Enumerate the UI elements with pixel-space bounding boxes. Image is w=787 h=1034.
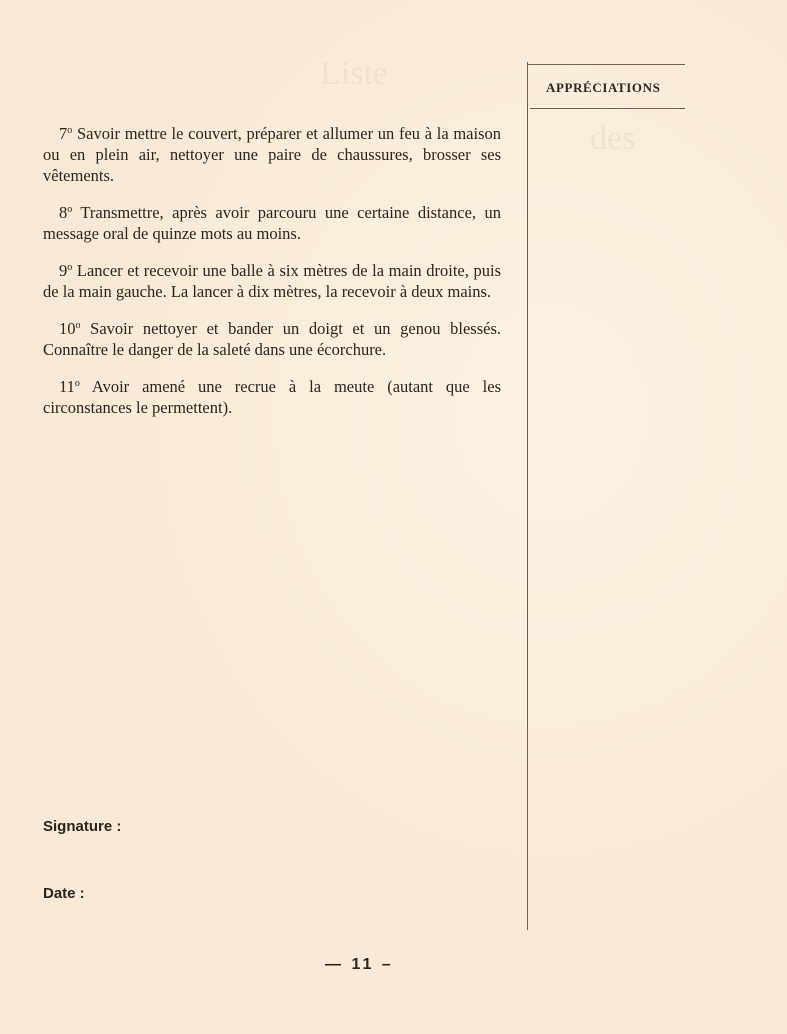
document-page: Liste des APPRÉCIATIONS 7o Savoir mettre… <box>0 0 787 1034</box>
item-text: Lancer et recevoir une balle à six mètre… <box>43 261 501 301</box>
list-item: 7o Savoir mettre le couvert, préparer et… <box>43 120 501 186</box>
item-number: 9 <box>59 261 67 280</box>
item-text: Savoir nettoyer et bander un doigt et un… <box>43 319 501 359</box>
item-text: Savoir mettre le couvert, préparer et al… <box>43 124 501 185</box>
date-label: Date : <box>43 885 85 902</box>
list-item: 10o Savoir nettoyer et bander un doigt e… <box>43 315 501 360</box>
item-number: 10 <box>59 319 76 338</box>
signature-label: Signature : <box>43 818 121 835</box>
column-header-appreciations: APPRÉCIATIONS <box>546 80 660 96</box>
bleed-through-text: des <box>590 120 635 158</box>
bleed-through-text: Liste <box>320 55 388 93</box>
list-item: 9o Lancer et recevoir une balle à six mè… <box>43 257 501 302</box>
column-divider-rule <box>527 62 528 930</box>
item-number: 8 <box>59 203 67 222</box>
list-item: 11o Avoir amené une recrue à la meute (a… <box>43 373 501 418</box>
header-bottom-rule <box>530 108 685 109</box>
item-text: Transmettre, après avoir parcouru une ce… <box>43 203 501 243</box>
requirements-list: 7o Savoir mettre le couvert, préparer et… <box>43 120 501 431</box>
item-text: Avoir amené une recrue à la meute (autan… <box>43 377 501 417</box>
page-number: — 11 – <box>325 956 394 974</box>
item-number: 11 <box>59 377 75 396</box>
header-top-rule <box>527 64 685 65</box>
item-number: 7 <box>59 124 67 143</box>
list-item: 8o Transmettre, après avoir parcouru une… <box>43 199 501 244</box>
